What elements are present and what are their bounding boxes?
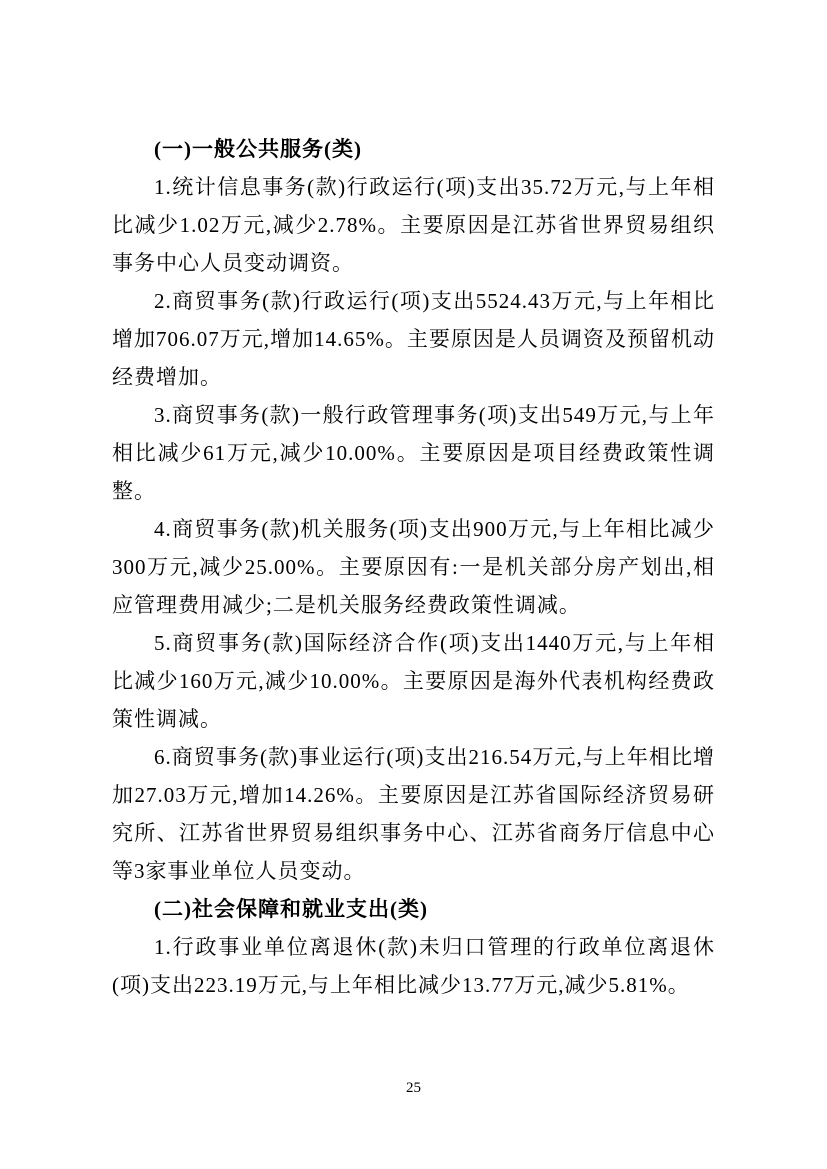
paragraph: 3.商贸事务(款)一般行政管理事务(项)支出549万元,与上年相比减少61万元,… <box>112 396 715 510</box>
paragraph: 5.商贸事务(款)国际经济合作(项)支出1440万元,与上年相比减少160万元,… <box>112 624 715 738</box>
section-heading: (二)社会保障和就业支出(类) <box>112 890 715 928</box>
paragraph: 2.商贸事务(款)行政运行(项)支出5524.43万元,与上年相比增加706.0… <box>112 282 715 396</box>
document-page: (一)一般公共服务(类)1.统计信息事务(款)行政运行(项)支出35.72万元,… <box>0 0 827 1169</box>
paragraph: 1.统计信息事务(款)行政运行(项)支出35.72万元,与上年相比减少1.02万… <box>112 168 715 282</box>
paragraph: 4.商贸事务(款)机关服务(项)支出900万元,与上年相比减少300万元,减少2… <box>112 510 715 624</box>
paragraph: 1.行政事业单位离退休(款)未归口管理的行政单位离退休(项)支出223.19万元… <box>112 928 715 1004</box>
page-footer: 25 <box>0 1078 827 1098</box>
paragraph: 6.商贸事务(款)事业运行(项)支出216.54万元,与上年相比增加27.03万… <box>112 738 715 890</box>
section-heading: (一)一般公共服务(类) <box>112 130 715 168</box>
document-body: (一)一般公共服务(类)1.统计信息事务(款)行政运行(项)支出35.72万元,… <box>112 130 715 1004</box>
page-number: 25 <box>406 1080 421 1096</box>
